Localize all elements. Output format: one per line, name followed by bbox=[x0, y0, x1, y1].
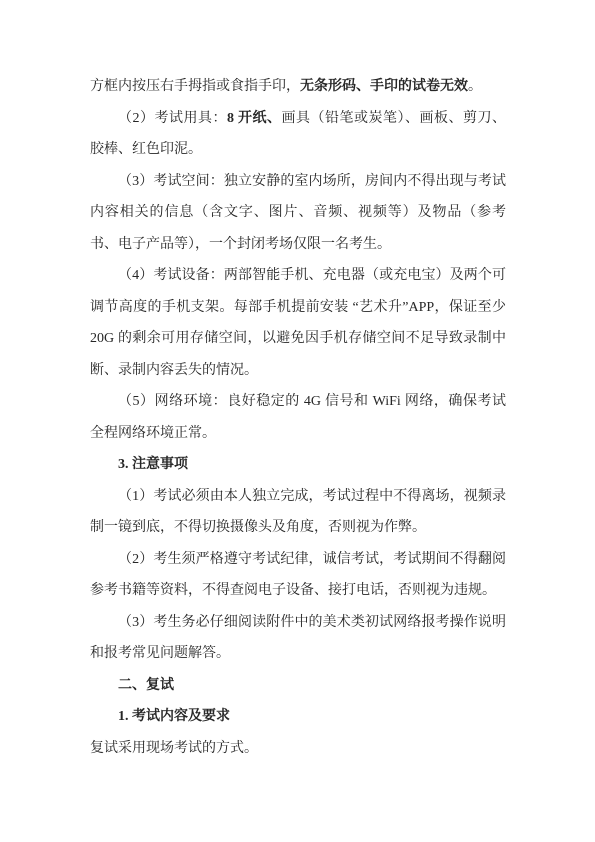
text-run: （2）考试用具： bbox=[118, 111, 227, 126]
heading-notes: 3. 注意事项 bbox=[90, 449, 506, 481]
text-run: 方框内按压右手拇指或食指手印， bbox=[90, 79, 300, 94]
heading-retest-requirements: 1. 考试内容及要求 bbox=[90, 701, 506, 733]
paragraph-fingerprint-carryover: 方框内按压右手拇指或食指手印，无条形码、手印的试卷无效。 bbox=[90, 71, 506, 103]
document-page: 方框内按压右手拇指或食指手印，无条形码、手印的试卷无效。 （2）考试用具：8 开… bbox=[0, 0, 595, 842]
note-item-2: （2）考生须严格遵守考试纪律，诚信考试，考试期间不得翻阅参考书籍等资料，不得查阅… bbox=[90, 544, 506, 607]
text-run-bold-paper-size: 8 开纸、 bbox=[227, 111, 282, 126]
text-run: 。 bbox=[468, 79, 482, 94]
paragraph-retest-method: 复试采用现场考试的方式。 bbox=[90, 733, 506, 765]
list-item-exam-devices: （4）考试设备：两部智能手机、充电器（或充电宝）及两个可调节高度的手机支架。每部… bbox=[90, 260, 506, 386]
text-run-bold-invalid-paper: 无条形码、手印的试卷无效 bbox=[300, 79, 468, 94]
note-item-3: （3）考生务必仔细阅读附件中的美术类初试网络报考操作说明和报考常见问题解答。 bbox=[90, 607, 506, 670]
list-item-exam-space: （3）考试空间：独立安静的室内场所，房间内不得出现与考试内容相关的信息（含文字、… bbox=[90, 166, 506, 261]
note-item-1: （1）考试必须由本人独立完成，考试过程中不得离场，视频录制一镜到底，不得切换摄像… bbox=[90, 481, 506, 544]
list-item-exam-tools: （2）考试用具：8 开纸、画具（铅笔或炭笔）、画板、剪刀、胶棒、红色印泥。 bbox=[90, 103, 506, 166]
list-item-network-environment: （5）网络环境：良好稳定的 4G 信号和 WiFi 网络，确保考试全程网络环境正… bbox=[90, 386, 506, 449]
heading-retest: 二、复试 bbox=[90, 670, 506, 702]
